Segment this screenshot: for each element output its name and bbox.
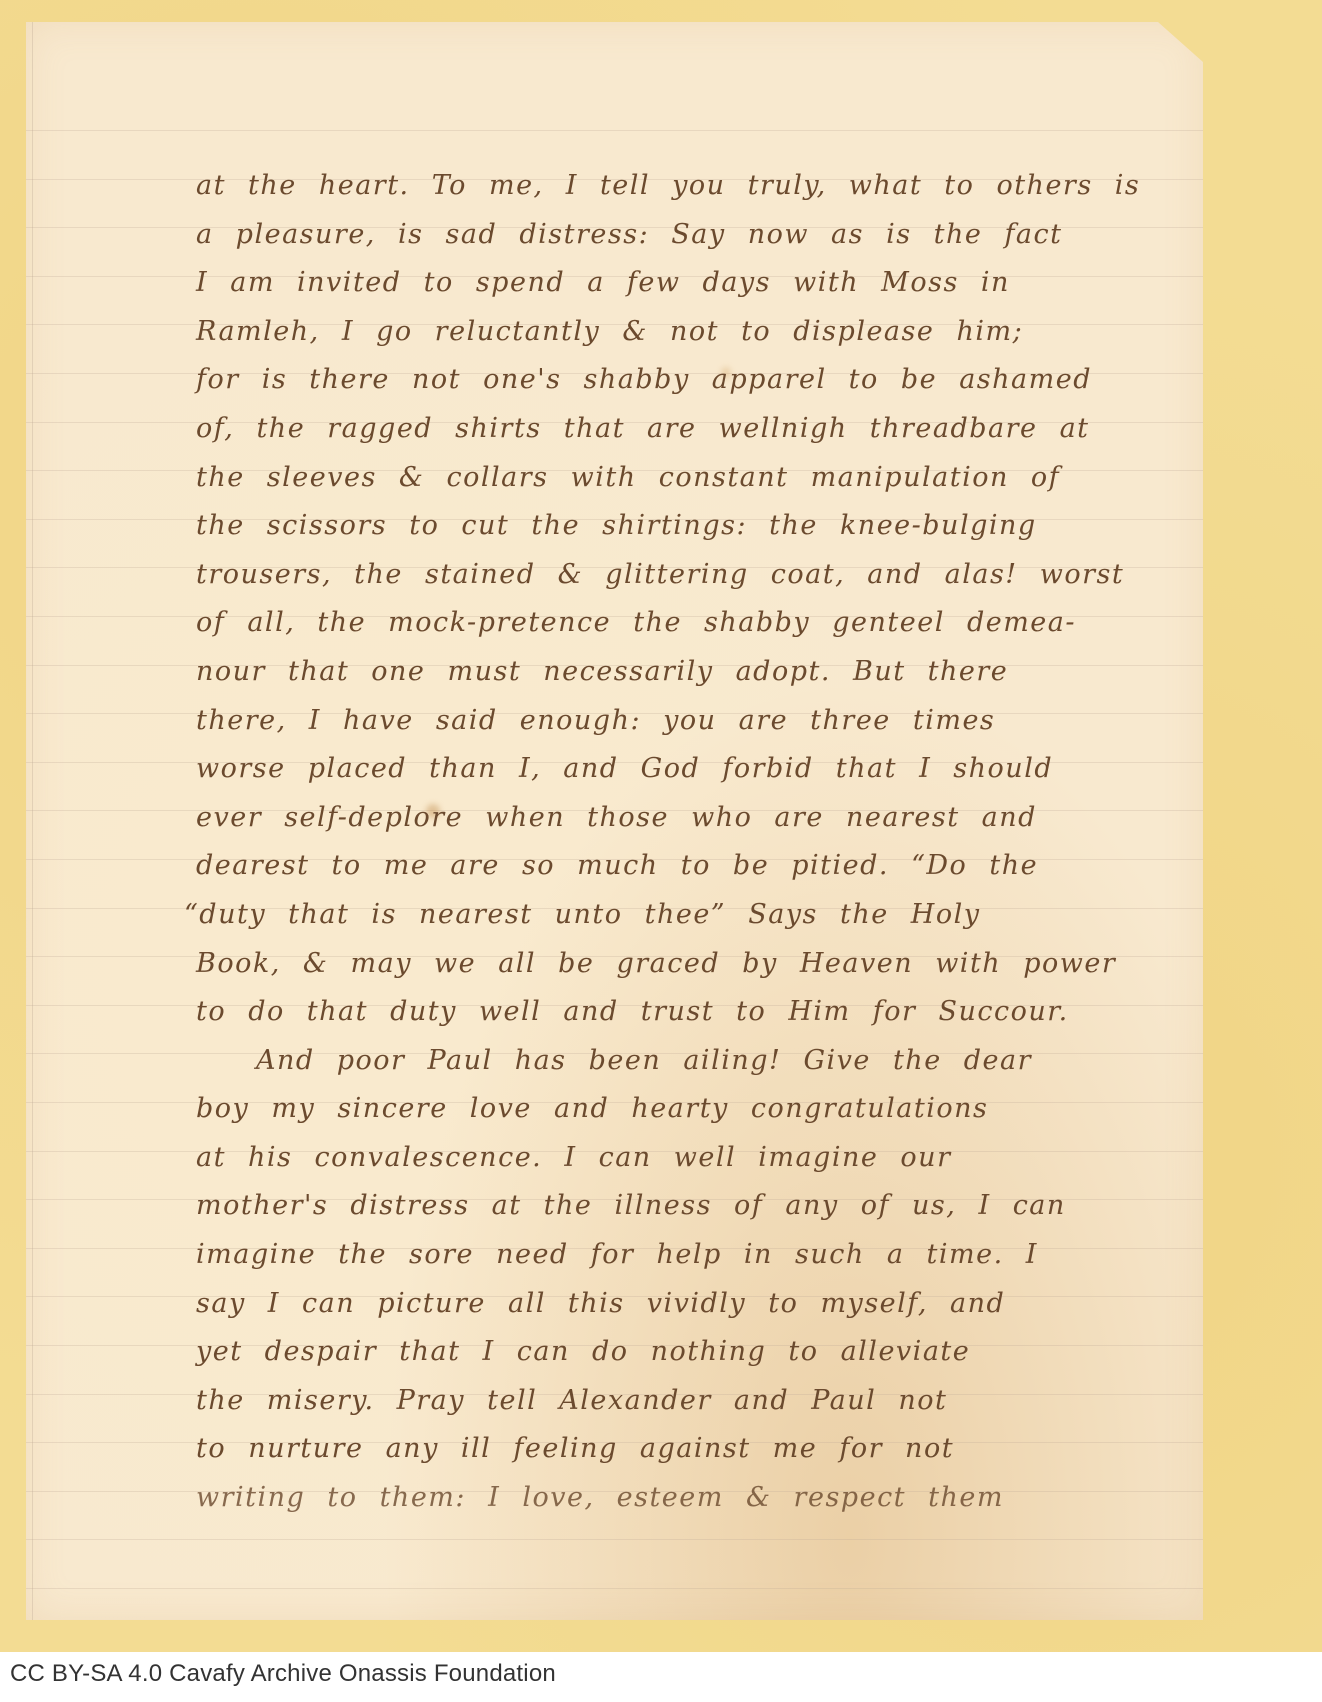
- text-line: nour that one must necessarily adopt. Bu…: [196, 648, 1216, 697]
- text-line: worse placed than I, and God forbid that…: [196, 745, 1216, 794]
- text-line: dearest to me are so much to be pitied. …: [196, 842, 1216, 891]
- text-line: to nurture any ill feeling against me fo…: [196, 1425, 1216, 1474]
- text-line: Book, & may we all be graced by Heaven w…: [196, 940, 1216, 989]
- text-line: the sleeves & collars with constant mani…: [196, 454, 1216, 503]
- text-line: I am invited to spend a few days with Mo…: [196, 259, 1216, 308]
- text-line: of all, the mock-pretence the shabby gen…: [196, 599, 1216, 648]
- text-line: there, I have said enough: you are three…: [196, 697, 1216, 746]
- text-line: a pleasure, is sad distress: Say now as …: [196, 211, 1216, 260]
- text-line: And poor Paul has been ailing! Give the …: [196, 1037, 1216, 1086]
- text-line: boy my sincere love and hearty congratul…: [196, 1085, 1216, 1134]
- text-line: for is there not one's shabby apparel to…: [196, 356, 1216, 405]
- ruled-line: [26, 1539, 1203, 1540]
- text-line: yet despair that I can do nothing to all…: [196, 1328, 1216, 1377]
- text-line: the misery. Pray tell Alexander and Paul…: [196, 1377, 1216, 1426]
- text-line: Ramleh, I go reluctantly & not to disple…: [196, 308, 1216, 357]
- license-caption: CC BY-SA 4.0 Cavafy Archive Onassis Foun…: [10, 1660, 556, 1688]
- ruled-line: [26, 1588, 1203, 1589]
- text-line: “duty that is nearest unto thee” Says th…: [184, 891, 1216, 940]
- letter-page: at the heart. To me, I tell you truly, w…: [26, 22, 1203, 1620]
- margin-line: [32, 22, 33, 1620]
- text-line: writing to them: I love, esteem & respec…: [196, 1474, 1216, 1523]
- text-line: trousers, the stained & glittering coat,…: [196, 551, 1216, 600]
- text-line: at the heart. To me, I tell you truly, w…: [196, 162, 1216, 211]
- text-line: mother's distress at the illness of any …: [196, 1182, 1216, 1231]
- handwritten-text: at the heart. To me, I tell you truly, w…: [196, 162, 1216, 1523]
- ruled-line: [26, 130, 1203, 131]
- text-line: at his convalescence. I can well imagine…: [196, 1134, 1216, 1183]
- text-line: of, the ragged shirts that are wellnigh …: [196, 405, 1216, 454]
- text-line: ever self-deplore when those who are nea…: [196, 794, 1216, 843]
- text-line: say I can picture all this vividly to my…: [196, 1280, 1216, 1329]
- text-line: to do that duty well and trust to Him fo…: [196, 988, 1216, 1037]
- text-line: the scissors to cut the shirtings: the k…: [196, 502, 1216, 551]
- text-line: imagine the sore need for help in such a…: [196, 1231, 1216, 1280]
